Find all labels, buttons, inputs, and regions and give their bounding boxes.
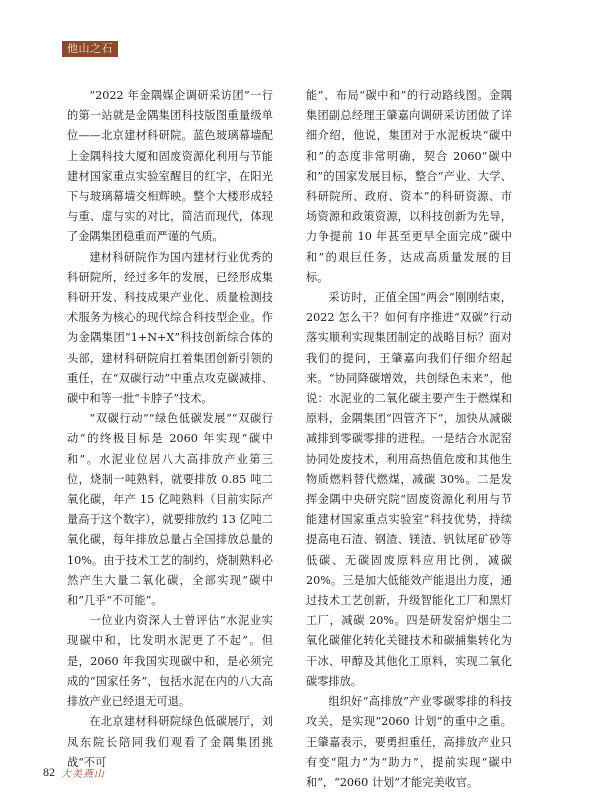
paragraph: 一位业内资深人士曾评估“水泥业实现碳中和，比发明水泥更了不起”。但是，2060 … — [67, 611, 273, 712]
paragraph: 组织好“高排放”产业零碳零排的科技攻关，是实现“2060 计划”的重中之重。王肇… — [306, 692, 512, 793]
page-number: 82 — [43, 765, 55, 780]
section-tag: 他山之石 — [62, 41, 118, 57]
paragraph: “2022 年金隅媒企调研采访团”一行的第一站就是金隅集团科技版图重量级单位——… — [67, 86, 273, 248]
right-column: 能”、布局“碳中和”的行动路线图。金隅集团副总经理王肇嘉向调研采访团做了详细介绍… — [306, 86, 512, 793]
paragraph: 在北京建材科研院绿色低碳展厅，刘凤东院长陪同我们观看了金隅集团挑战“不可 — [67, 712, 273, 773]
page-footer: 82 大美燕山 — [43, 765, 105, 780]
paragraph: 建材科研院作为国内建材行业优秀的科研院所，经过多年的发展，已经形成集科研开发、科… — [67, 248, 273, 410]
magazine-logo: 大美燕山 — [61, 765, 105, 780]
left-column: “2022 年金隅媒企调研采访团”一行的第一站就是金隅集团科技版图重量级单位——… — [67, 86, 273, 773]
paragraph: 采访时，正值全国“两会”刚刚结束，2022 怎么干？如何有序推进“双碳”行动落实… — [306, 288, 512, 692]
paragraph: “双碳行动”“绿色低碳发展”“双碳行动”的终极目标是 2060 年实现“碳中和”… — [67, 409, 273, 611]
paragraph: 能”、布局“碳中和”的行动路线图。金隅集团副总经理王肇嘉向调研采访团做了详细介绍… — [306, 86, 512, 288]
